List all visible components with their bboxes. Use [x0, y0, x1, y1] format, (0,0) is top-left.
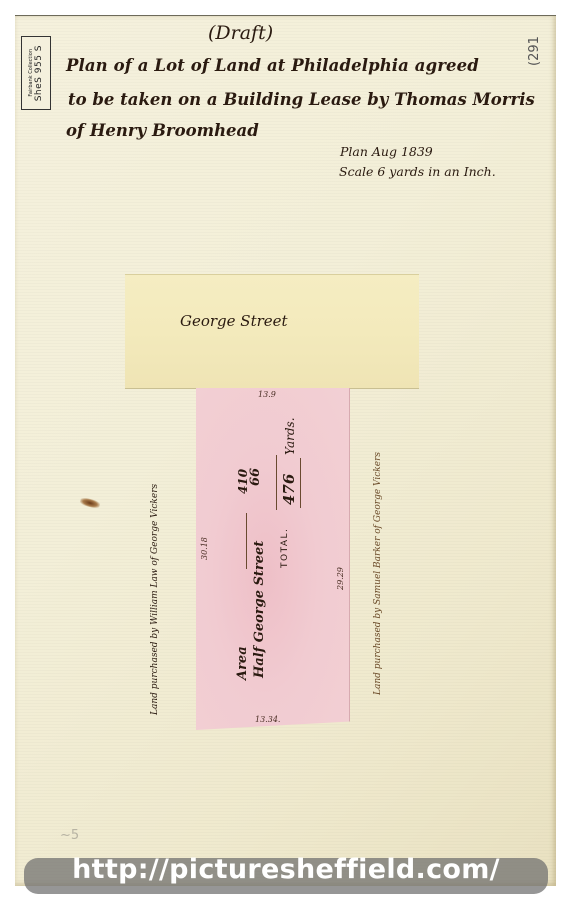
street-label: George Street — [180, 312, 288, 330]
adjacent-land-left: Land purchased by William Law of George … — [150, 484, 160, 715]
lot-parcel — [196, 388, 350, 730]
draft-label: (Draft) — [208, 22, 273, 44]
george-street-area — [125, 274, 419, 389]
dimension-left: 30.18 — [200, 537, 209, 560]
title-line-3: of Henry Broomhead — [66, 121, 259, 140]
sum-line — [276, 455, 277, 510]
title-line-1: Plan of a Lot of Land at Philadelphia ag… — [66, 56, 479, 75]
watermark-text: http://picturesheffield.com/ — [24, 854, 548, 885]
total-value: 476 — [280, 474, 298, 505]
half-street-label: Half George Street — [252, 541, 267, 678]
collection-stamp: Fairbank Collection SheS 955 S — [21, 36, 51, 110]
title-line-2: to be taken on a Building Lease by Thoma… — [68, 90, 535, 109]
sum-line — [300, 458, 301, 508]
dimension-bottom: 13.34. — [255, 715, 280, 724]
divider-line — [246, 513, 247, 569]
area-label: Area — [235, 646, 250, 680]
dimension-top: 13.9 — [258, 390, 276, 399]
stamp-reference: SheS 955 S — [34, 45, 44, 101]
plan-scale: Scale 6 yards in an Inch. — [339, 164, 496, 179]
total-label: TOTAL. — [280, 528, 290, 568]
adjacent-land-right: Land purchased by Samuel Barker of Georg… — [373, 452, 383, 695]
plan-date: Plan Aug 1839 — [340, 144, 433, 159]
folio-number: (291 — [527, 36, 542, 66]
total-unit: Yards. — [283, 417, 297, 455]
dimension-right: 29.29 — [336, 567, 345, 590]
half-street-value: 66 — [248, 468, 263, 486]
pencil-note: ~5 — [60, 828, 79, 843]
